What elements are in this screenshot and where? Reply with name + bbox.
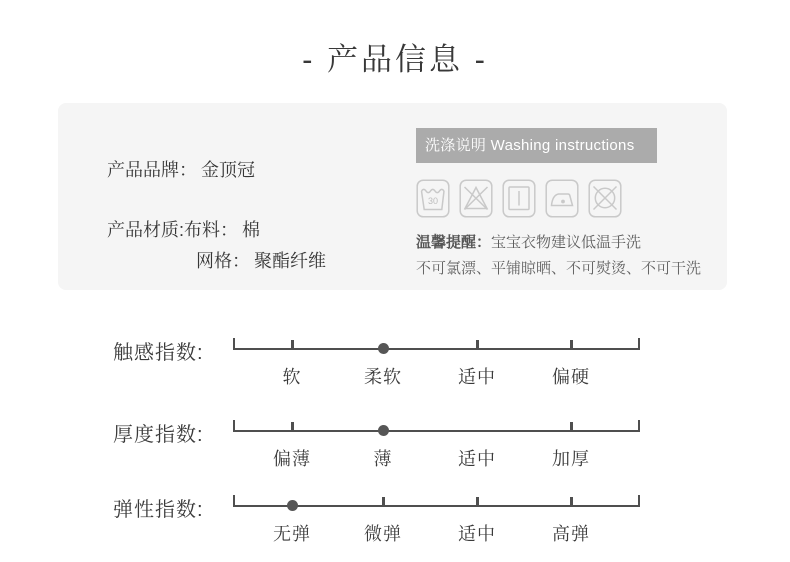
- track-tick: [570, 497, 573, 507]
- thickness-index-row: 厚度指数: 偏薄薄适中加厚: [0, 418, 790, 480]
- index-row-label: 触感指数:: [113, 336, 204, 365]
- index-track: [233, 336, 640, 352]
- fabric-value: 棉: [242, 220, 260, 240]
- elasticity-index-row: 弹性指数: 无弹微弹适中高弹: [0, 493, 790, 555]
- product-info-card: 产品品牌：金顶冠 产品材质:布料：棉 网格：聚酯纤维 洗涤说明 Washing …: [58, 103, 727, 290]
- index-option-label: 适中: [458, 520, 496, 546]
- index-row-label: 厚度指数:: [113, 418, 204, 447]
- index-track: [233, 418, 640, 434]
- track-tick: [570, 340, 573, 350]
- index-option-label: 高弹: [552, 520, 590, 546]
- index-option-label: 柔软: [364, 363, 402, 389]
- track-endcap: [638, 495, 640, 507]
- index-option-label: 偏硬: [552, 363, 590, 389]
- index-option-label: 偏薄: [273, 445, 311, 471]
- material-line: 产品材质:布料：棉: [107, 216, 260, 242]
- page-title: - 产品信息 -: [0, 34, 790, 79]
- brand-label: 产品品牌：: [107, 160, 197, 180]
- track-tick: [570, 422, 573, 432]
- brand-line: 产品品牌：金顶冠: [107, 156, 255, 182]
- svg-text:30: 30: [428, 196, 438, 206]
- no-bleach-icon: [459, 179, 493, 218]
- track-endcap: [233, 338, 235, 350]
- index-track: [233, 493, 640, 509]
- track-tick: [476, 497, 479, 507]
- track-endcap: [233, 420, 235, 432]
- track-marker-dot: [378, 343, 389, 354]
- index-option-label: 无弹: [273, 520, 311, 546]
- care-note-line: 不可氯漂、平铺晾晒、不可熨烫、不可干洗: [416, 257, 701, 278]
- fabric-label: 布料：: [184, 220, 238, 240]
- track-line: [233, 348, 640, 350]
- brand-value: 金顶冠: [201, 160, 255, 180]
- index-options: 偏薄薄适中加厚: [233, 445, 640, 469]
- index-option-label: 适中: [458, 363, 496, 389]
- mesh-label: 网格：: [196, 251, 250, 271]
- index-options: 无弹微弹适中高弹: [233, 520, 640, 544]
- material-label: 产品材质:: [107, 220, 184, 240]
- warm-reminder-line: 温馨提醒：宝宝衣物建议低温手洗: [416, 231, 641, 252]
- reminder-text: 宝宝衣物建议低温手洗: [491, 234, 641, 251]
- wash-30-icon: 30: [416, 179, 450, 218]
- washing-instructions-header: 洗涤说明 Washing instructions: [416, 128, 657, 163]
- track-tick: [291, 340, 294, 350]
- track-marker-dot: [287, 500, 298, 511]
- track-endcap: [233, 495, 235, 507]
- track-line: [233, 430, 640, 432]
- reminder-label: 温馨提醒：: [416, 234, 491, 251]
- drip-dry-icon: [502, 179, 536, 218]
- index-option-label: 薄: [374, 445, 393, 471]
- iron-icon: [545, 179, 579, 218]
- touch-index-row: 触感指数: 软柔软适中偏硬: [0, 336, 790, 398]
- care-icons-row: 30: [416, 179, 622, 218]
- index-option-label: 加厚: [552, 445, 590, 471]
- track-tick: [291, 422, 294, 432]
- index-row-label: 弹性指数:: [113, 493, 204, 522]
- index-option-label: 适中: [458, 445, 496, 471]
- track-endcap: [638, 420, 640, 432]
- mesh-value: 聚酯纤维: [254, 251, 326, 271]
- track-tick: [476, 340, 479, 350]
- track-tick: [382, 497, 385, 507]
- index-option-label: 微弹: [364, 520, 402, 546]
- index-option-label: 软: [283, 363, 302, 389]
- track-marker-dot: [378, 425, 389, 436]
- mesh-line: 网格：聚酯纤维: [196, 247, 326, 273]
- no-dry-clean-icon: [588, 179, 622, 218]
- index-options: 软柔软适中偏硬: [233, 363, 640, 387]
- track-endcap: [638, 338, 640, 350]
